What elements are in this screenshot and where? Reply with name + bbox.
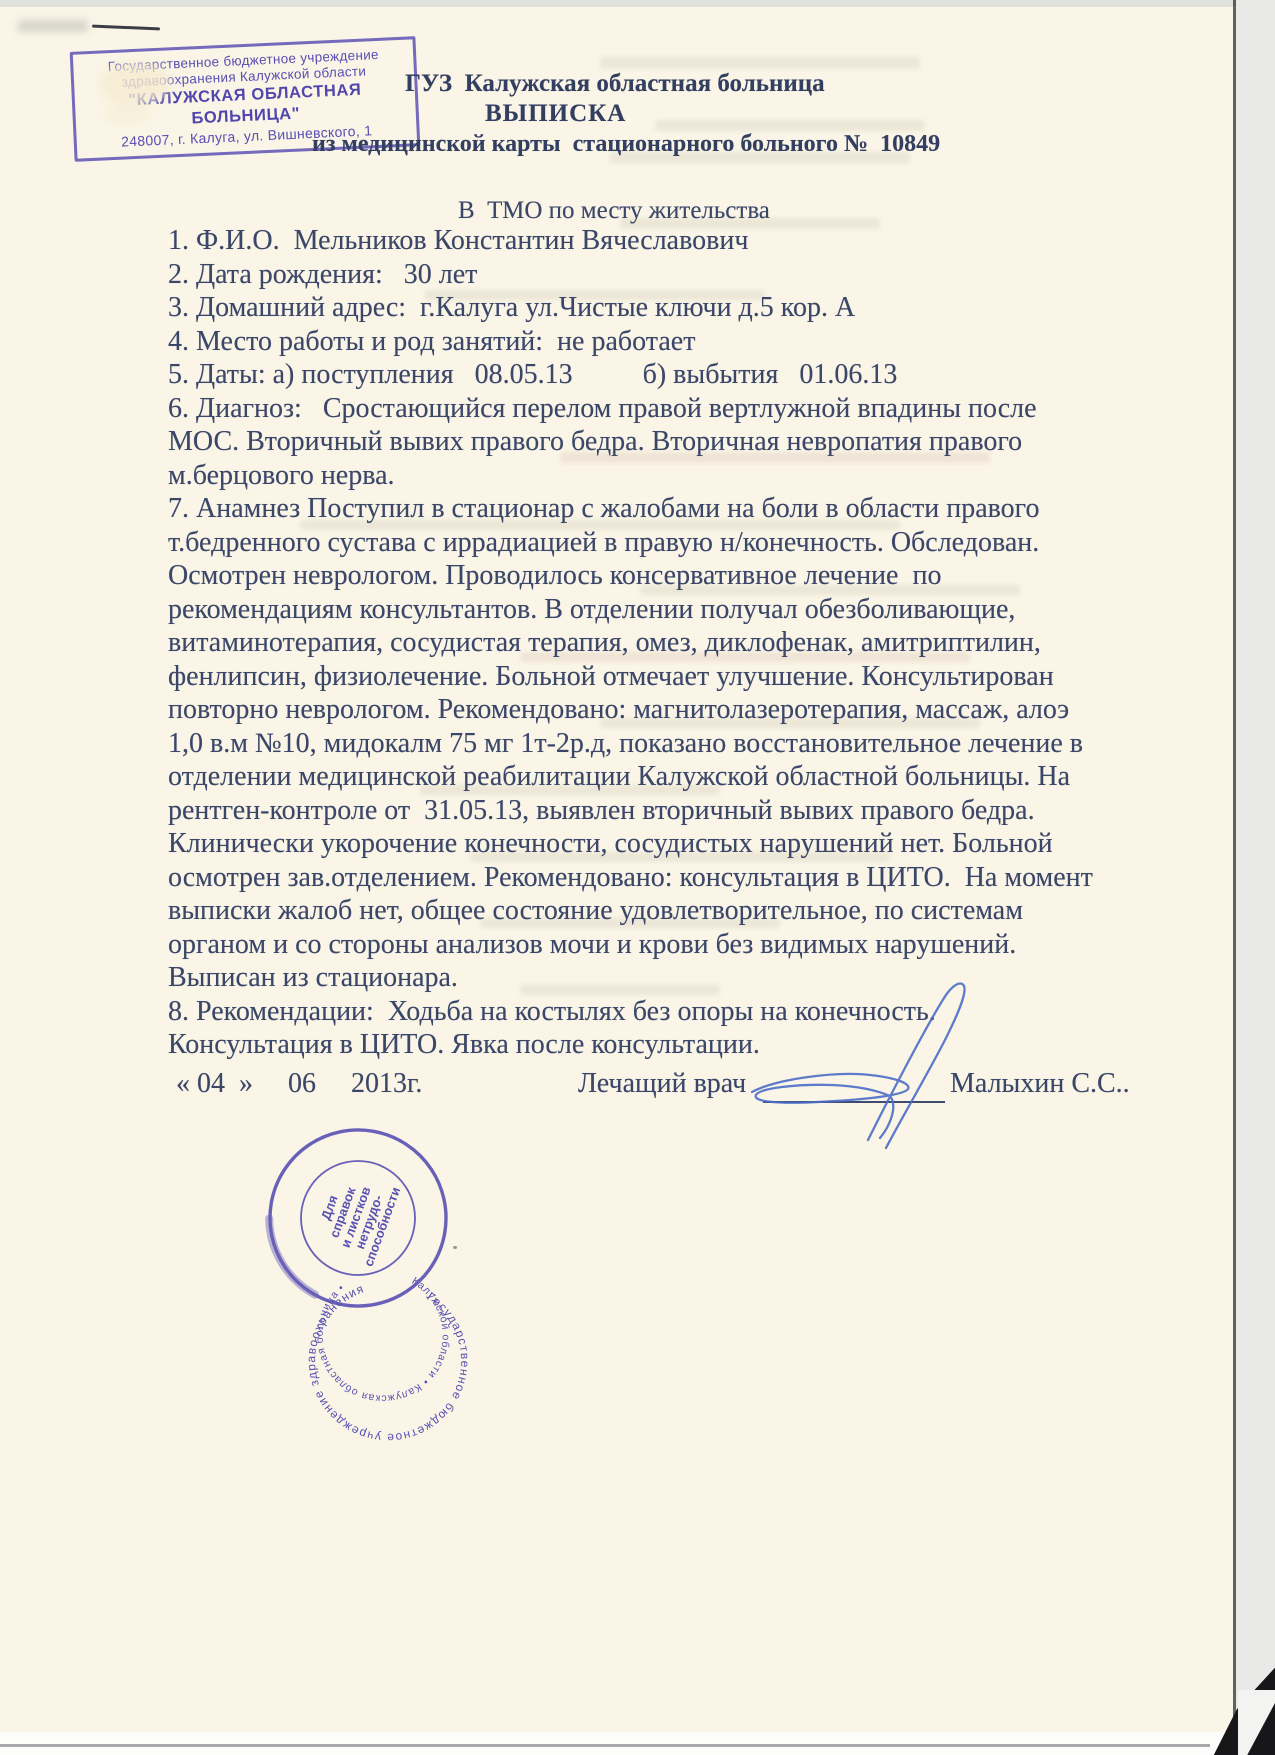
- body-line: рентген-контроле от 31.05.13, выявлен вт…: [168, 794, 1188, 828]
- body-line: МОС. Вторичный вывих правого бедра. Втор…: [168, 425, 1188, 459]
- body-line: 8. Рекомендации: Ходьба на костылях без …: [168, 995, 1188, 1029]
- document-subtitle: из медицинской карты стационарного больн…: [312, 131, 940, 158]
- scan-edge-top: [0, 0, 1275, 7]
- handwritten-signature: [740, 978, 1000, 1153]
- body-line: 5. Даты: а) поступления 08.05.13 б) выбы…: [168, 358, 1188, 392]
- body-line: фенлипсин, физиолечение. Больной отмечае…: [168, 660, 1188, 694]
- scan-edge-bottom-line: [0, 1744, 1210, 1747]
- body-line: 6. Диагноз: Сростающийся перелом правой …: [168, 392, 1188, 426]
- body-line: 3. Домашний адрес: г.Калуга ул.Чистые кл…: [168, 291, 1188, 325]
- body-line: витаминотерапия, сосудистая терапия, оме…: [168, 626, 1188, 660]
- body-line: 2. Дата рождения: 30 лет: [168, 258, 1188, 292]
- addressee-line: В ТМО по месту жительства: [458, 197, 770, 225]
- body-line: отделении медицинской реабилитации Калуж…: [168, 760, 1188, 794]
- body-line: органом и со стороны анализов мочи и кро…: [168, 928, 1188, 962]
- bleed-through-artifact: [600, 57, 920, 69]
- discharge-summary-text: 1. Ф.И.О. Мельников Константин Вячеславо…: [168, 224, 1188, 1062]
- scanned-document-page: Государственное бюджетное учреждение здр…: [0, 0, 1275, 1755]
- body-line: 7. Анамнез Поступил в стационар с жалоба…: [168, 492, 1188, 526]
- body-line: 1. Ф.И.О. Мельников Константин Вячеславо…: [168, 224, 1188, 258]
- ink-blob: [267, 1212, 314, 1301]
- body-line: т.бедренного сустава с иррадиацией в пра…: [168, 526, 1188, 560]
- body-line: Клинически укорочение конечности, сосуди…: [168, 827, 1188, 861]
- body-line: 4. Место работы и род занятий: не работа…: [168, 325, 1188, 359]
- body-line: выписки жалоб нет, общее состояние удовл…: [168, 894, 1188, 928]
- body-line: Осмотрен неврологом. Проводилось консерв…: [168, 559, 1188, 593]
- body-line: м.берцового нерва.: [168, 459, 1188, 493]
- doctor-label: Лечащий врач: [578, 1068, 746, 1100]
- body-line: осмотрен зав.отделением. Рекомендовано: …: [168, 861, 1188, 895]
- scan-edge-right: [1236, 0, 1275, 1755]
- document-title: ВЫПИСКА: [485, 100, 626, 128]
- org-title: ГУЗ Калужская областная больница: [405, 70, 825, 98]
- body-line: Выписан из стационара.: [168, 961, 1188, 995]
- smudge-artifact: [18, 20, 88, 32]
- paper-edge-line: [1233, 0, 1236, 1755]
- body-line: рекомендациям консультантов. В отделении…: [168, 593, 1188, 627]
- body-line: Консультация в ЦИТО. Явка после консульт…: [168, 1028, 1188, 1062]
- body-line: повторно неврологом. Рекомендовано: магн…: [168, 693, 1188, 727]
- body-line: 1,0 в.м №10, мидокалм 75 мг 1т-2р.д, пок…: [168, 727, 1188, 761]
- round-official-seal: Государственное бюджетное учреждение здр…: [232, 1092, 483, 1343]
- issue-date: « 04 » 06 2013г.: [176, 1068, 422, 1100]
- bleed-through-artifact: [655, 120, 925, 131]
